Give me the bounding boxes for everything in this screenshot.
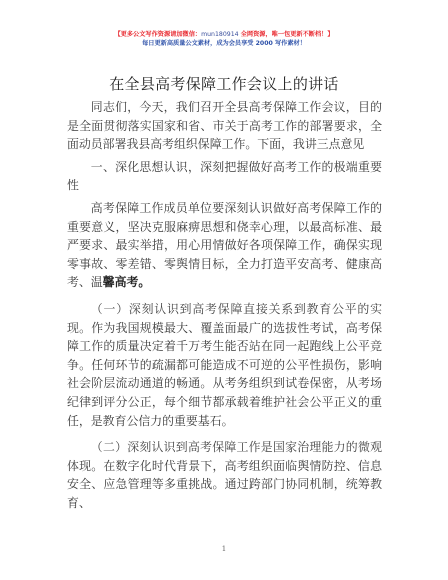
promo-suffix: 全网资源，唯一包更新不断档！】 — [239, 31, 334, 38]
paragraph-intro: 同志们，今天，我们召开全县高考保障工作会议，目的是全面贯彻落实国家和省、市关于高… — [67, 98, 382, 154]
paragraph-subsection-2: （二）深刻认识到高考保障工作是国家治理能力的微观体现。在数字化时代背景下，高考组… — [67, 438, 382, 512]
promo-banner-line1: 【更多公文写作资源请加微信：mun180914 全网资源，唯一包更新不断档！】 — [0, 30, 448, 39]
promo-banner: 【更多公文写作资源请加微信：mun180914 全网资源，唯一包更新不断档！】 … — [0, 30, 448, 48]
page-number: 1 — [0, 545, 448, 553]
document-title: 在全县高考保障工作会议上的讲话 — [0, 73, 448, 94]
paragraph-bold-tail: 馨高考。 — [103, 275, 151, 289]
section-heading-1: 一、深化思想认识，深刻把握做好高考工作的极端重要性 — [67, 158, 382, 195]
document-body: 同志们，今天，我们召开全县高考保障工作会议，目的是全面贯彻落实国家和省、市关于高… — [67, 98, 382, 512]
promo-banner-line2: 每日更新高质量公文素材，成为会员享受 2000 写作素材！ — [0, 39, 448, 48]
paragraph-text: 作为我国规模最大、覆盖面最广的选拔性考试，高考保障工作的质量决定着千万考生能否站… — [67, 321, 382, 428]
paragraph-subsection-1: （一）深刻认识到高考保障直接关系到教育公平的实现。作为我国规模最大、覆盖面最广的… — [67, 300, 382, 430]
paragraph-text: 现。在数字化时代背景下，高考组织面临舆情防控、信息安全、应急管理等多重挑战。通过… — [67, 459, 382, 510]
paragraph-section-1: 高考保障工作成员单位要深刻认识做好高考保障工作的重要意义，坚决克服麻痹思想和侥幸… — [67, 199, 382, 292]
document-page: 【更多公文写作资源请加微信：mun180914 全网资源，唯一包更新不断档！】 … — [0, 0, 448, 580]
promo-contact: mun180914 — [201, 31, 239, 38]
promo-prefix: 【更多公文写作资源请加微信： — [114, 31, 201, 38]
